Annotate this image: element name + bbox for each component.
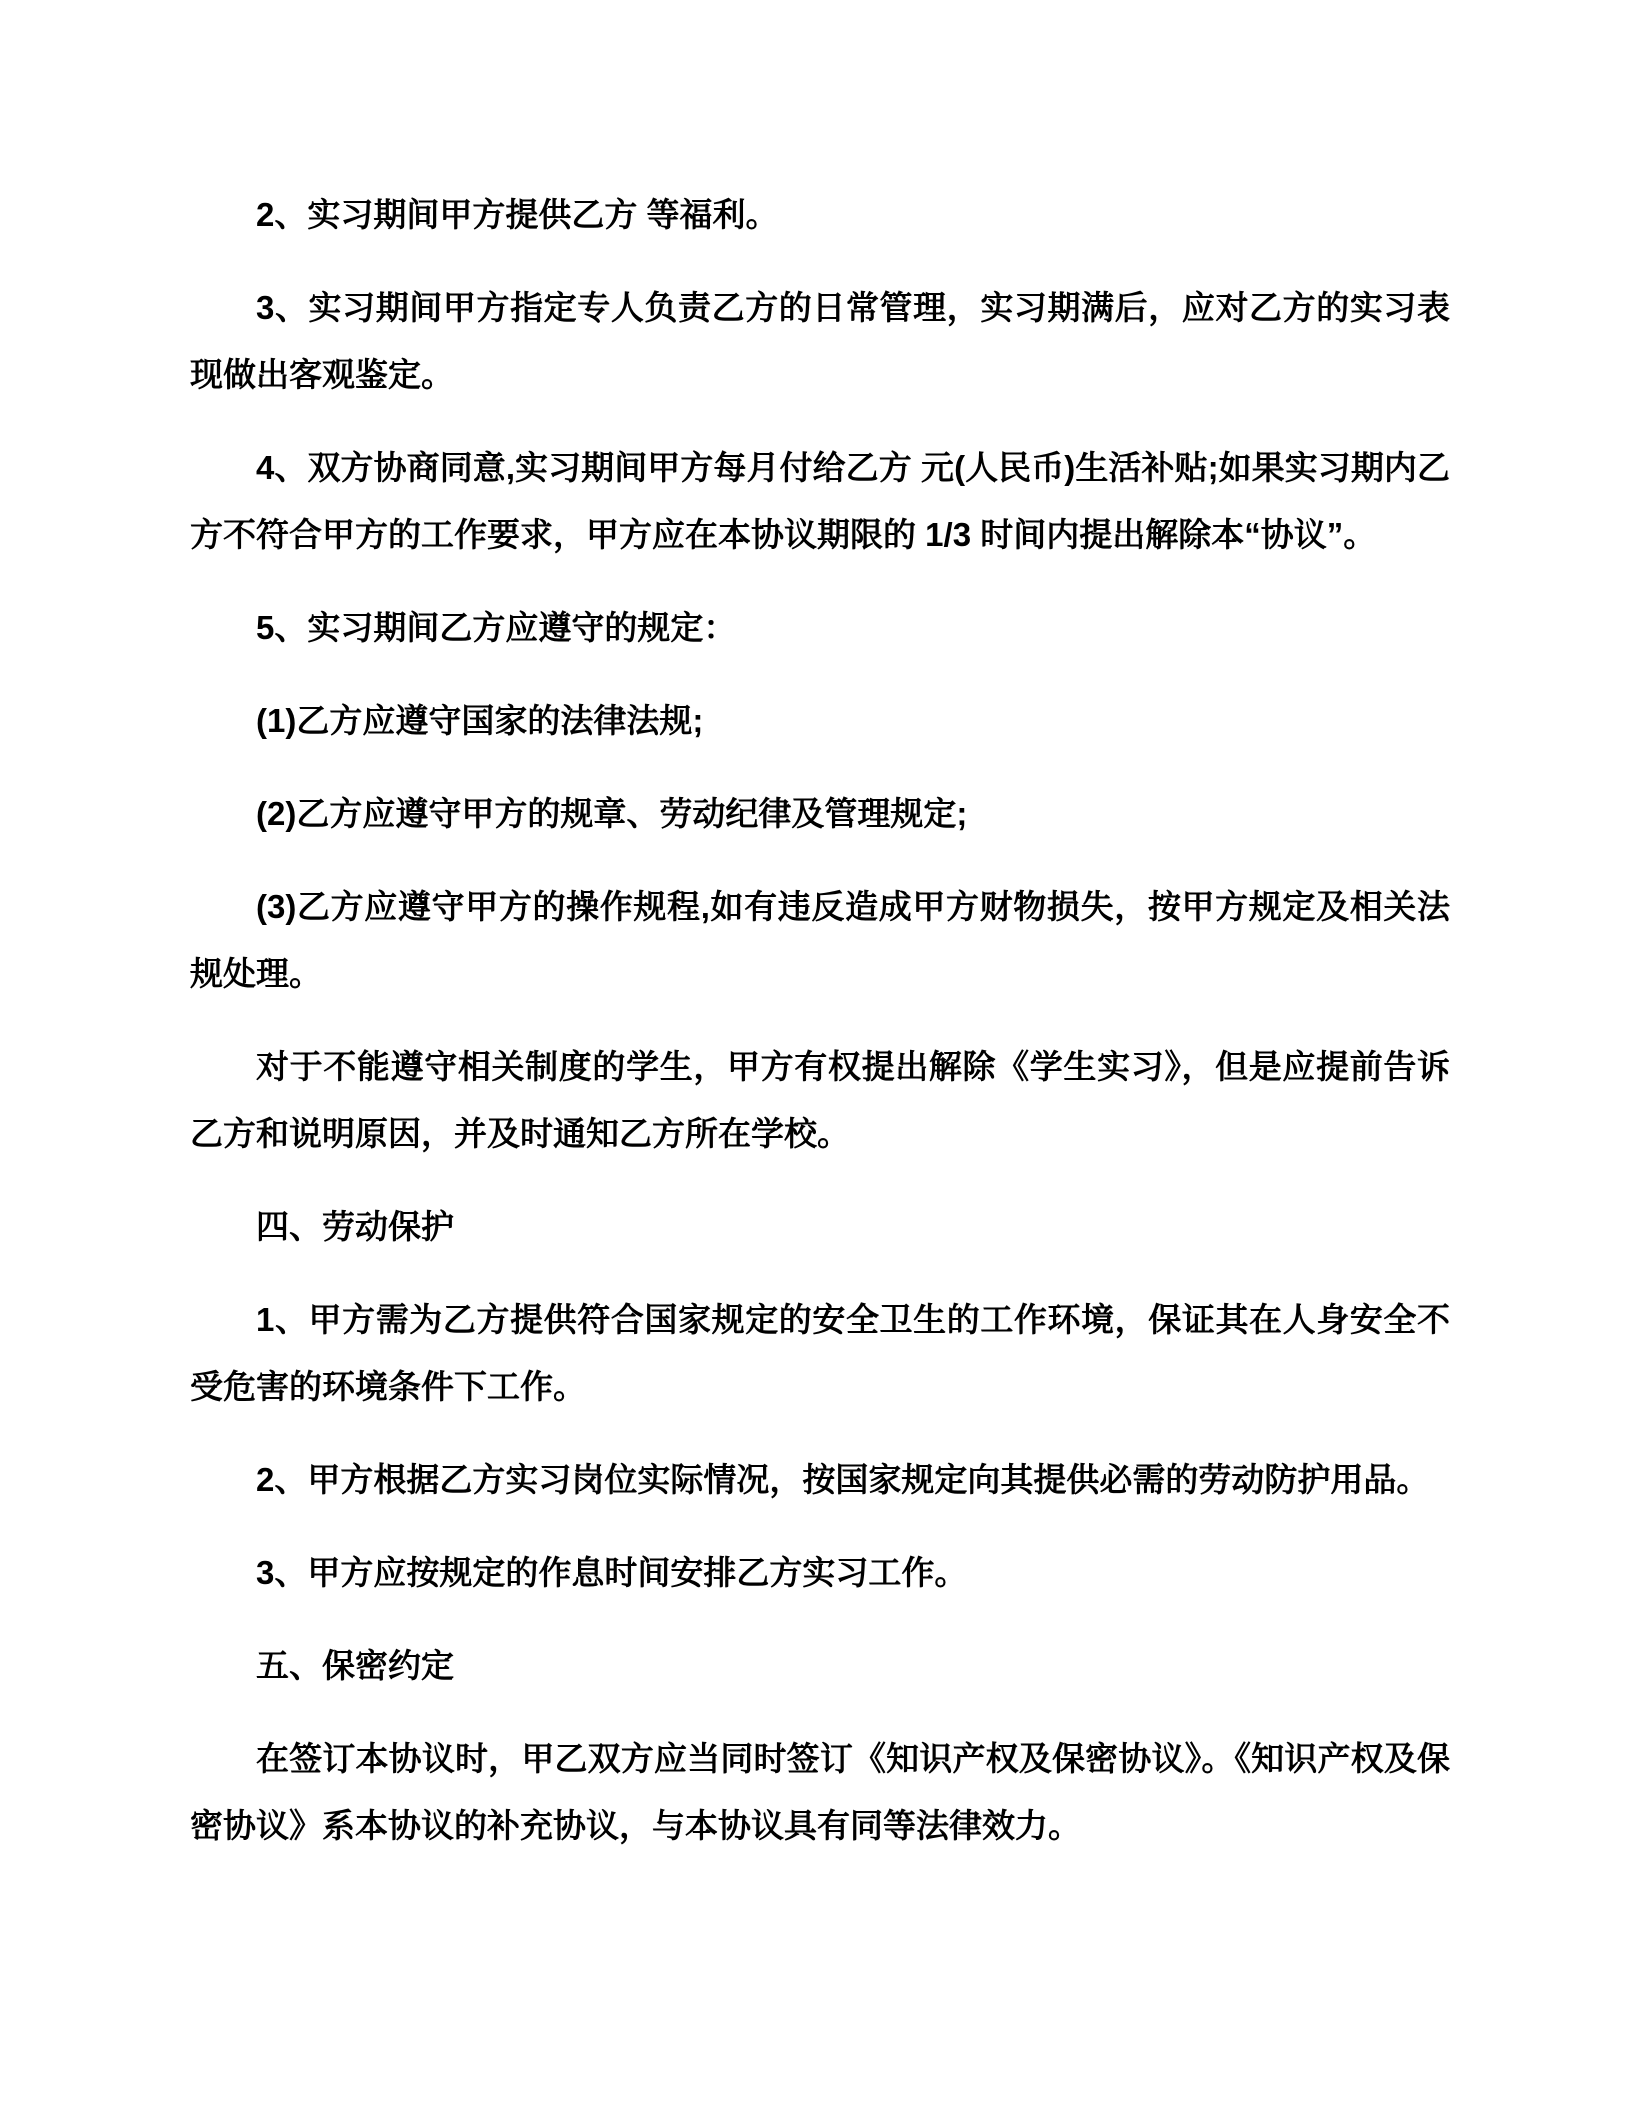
section-4-heading-labor-protection: 四、劳动保护 <box>190 1193 1450 1260</box>
clause-2-welfare: 2、实习期间甲方提供乙方 等福利。 <box>190 181 1450 248</box>
clause-violation-note: 对于不能遵守相关制度的学生，甲方有权提出解除《学生实习》，但是应提前告诉乙方和说… <box>190 1033 1450 1167</box>
clause-labor-1-safe-environment: 1、甲方需为乙方提供符合国家规定的安全卫生的工作环境，保证其在人身安全不受危害的… <box>190 1286 1450 1420</box>
clause-4-allowance: 4、双方协商同意,实习期间甲方每月付给乙方 元(人民币)生活补贴;如果实习期内乙… <box>190 434 1450 568</box>
clause-3-daily-management: 3、实习期间甲方指定专人负责乙方的日常管理，实习期满后，应对乙方的实习表现做出客… <box>190 274 1450 408</box>
clause-5-rule-1-laws: (1)乙方应遵守国家的法律法规; <box>190 687 1450 754</box>
clause-5-rule-3-procedures: (3)乙方应遵守甲方的操作规程,如有违反造成甲方财物损失，按甲方规定及相关法规处… <box>190 873 1450 1007</box>
document-page: 2、实习期间甲方提供乙方 等福利。 3、实习期间甲方指定专人负责乙方的日常管理，… <box>0 0 1632 2112</box>
section-5-heading-confidentiality: 五、保密约定 <box>190 1632 1450 1699</box>
clause-confidentiality-agreement: 在签订本协议时，甲乙双方应当同时签订《知识产权及保密协议》。《知识产权及保密协议… <box>190 1725 1450 1859</box>
clause-labor-2-protective-supplies: 2、甲方根据乙方实习岗位实际情况，按国家规定向其提供必需的劳动防护用品。 <box>190 1446 1450 1513</box>
clause-labor-3-work-schedule: 3、甲方应按规定的作息时间安排乙方实习工作。 <box>190 1539 1450 1606</box>
clause-5-rules-intro: 5、实习期间乙方应遵守的规定： <box>190 594 1450 661</box>
clause-5-rule-2-discipline: (2)乙方应遵守甲方的规章、劳动纪律及管理规定; <box>190 780 1450 847</box>
